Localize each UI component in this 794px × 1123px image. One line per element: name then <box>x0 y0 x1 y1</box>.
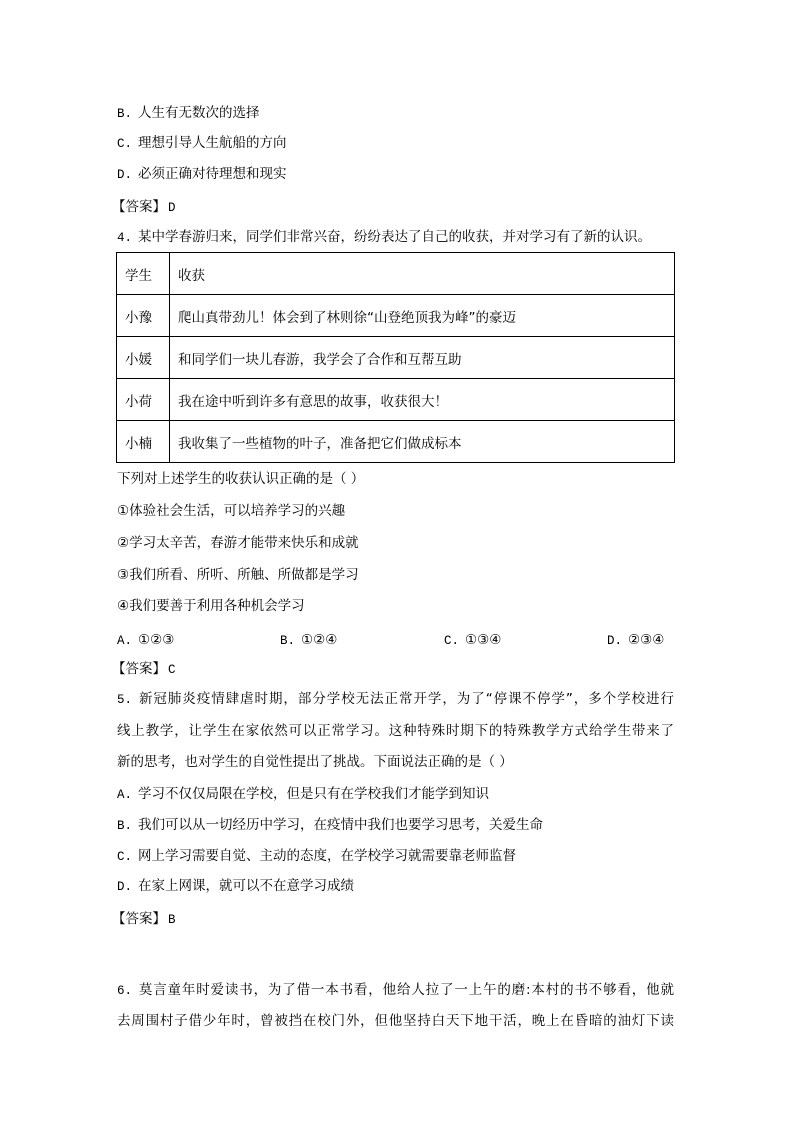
option-text: 人生有无数次的选择 <box>138 105 260 121</box>
q5-stem-line-2: 线上教学，让学生在家依然可以正常学习。这种特殊时期下的特殊教学方式给学生带来了 <box>117 722 674 740</box>
question-number: 6. <box>117 984 132 998</box>
option-label: A. <box>117 788 132 802</box>
option-text: 网上学习需要自觉、主动的态度，在学校学习就需要靠老师监督 <box>138 848 516 864</box>
option-label: B. <box>117 107 132 121</box>
q4-stem: 4.某中学春游归来，同学们非常兴奋，纷纷表达了自己的收获，并对学习有了新的认识。 <box>117 228 651 246</box>
q3-option-b: B.人生有无数次的选择 <box>117 104 260 122</box>
q4-statement-4: ④我们要善于利用各种机会学习 <box>117 597 305 615</box>
harvest-table: 学生 收获 小豫 爬山真带劲儿！体会到了林则徐“山登绝顶我为峰”的豪迈 小媛 和… <box>116 252 675 463</box>
student-name-cell: 小豫 <box>117 295 170 337</box>
q3-option-c: C.理想引导人生航船的方向 <box>117 134 287 152</box>
table-header-cell: 学生 <box>117 253 170 295</box>
q4-choice-b: B.①②④ <box>280 631 337 650</box>
answer-prefix: 【答案】 <box>112 661 166 677</box>
student-name-cell: 小荷 <box>117 379 170 421</box>
option-text: 学习不仅仅局限在学校，但是只有在学校我们才能学到知识 <box>138 786 489 802</box>
student-name-cell: 小媛 <box>117 337 170 379</box>
q6-stem-line-2: 去周围村子借少年时，曾被挡在校门外，但他坚持白天下地干活，晚上在昏暗的油灯下读 <box>117 1012 674 1030</box>
option-label: D. <box>117 880 132 894</box>
choice-text: ①②④ <box>301 632 337 648</box>
table-row: 小豫 爬山真带劲儿！体会到了林则徐“山登绝顶我为峰”的豪迈 <box>117 295 675 337</box>
table-row: 小荷 我在途中听到许多有意思的故事，收获很大！ <box>117 379 675 421</box>
harvest-cell: 和同学们一块儿春游，我学会了合作和互帮互助 <box>170 337 675 379</box>
choice-text: ②③④ <box>628 632 664 648</box>
question-text: 莫言童年时爱读书，为了借一本书看，他给人拉了一上午的磨:本村的书不够看，他就 <box>138 982 674 998</box>
answer-value: D <box>168 201 176 215</box>
q4-statement-2: ②学习太辛苦，春游才能带来快乐和成就 <box>117 534 359 552</box>
q5-option-b: B.我们可以从一切经历中学习，在疫情中我们也要学习思考，关爱生命 <box>117 816 543 834</box>
choice-label: C. <box>444 634 459 648</box>
option-text: 必须正确对待理想和现实 <box>138 166 287 182</box>
table-header-row: 学生 收获 <box>117 253 675 295</box>
table-row: 小媛 和同学们一块儿春游，我学会了合作和互帮互助 <box>117 337 675 379</box>
table-row: 小楠 我收集了一些植物的叶子，准备把它们做成标本 <box>117 421 675 463</box>
q3-answer: 【答案】D <box>112 198 176 216</box>
q5-option-c: C.网上学习需要自觉、主动的态度，在学校学习就需要靠老师监督 <box>117 847 516 865</box>
q5-answer: 【答案】B <box>112 910 176 928</box>
question-number: 5. <box>117 693 132 707</box>
option-label: D. <box>117 168 132 182</box>
answer-prefix: 【答案】 <box>112 199 166 215</box>
question-number: 4. <box>117 231 132 245</box>
harvest-cell: 我在途中听到许多有意思的故事，收获很大！ <box>170 379 675 421</box>
choice-text: ①③④ <box>465 632 501 648</box>
student-name-cell: 小楠 <box>117 421 170 463</box>
q5-option-d: D.在家上网课，就可以不在意学习成绩 <box>117 877 354 895</box>
q5-option-a: A.学习不仅仅局限在学校，但是只有在学校我们才能学到知识 <box>117 785 489 803</box>
option-label: B. <box>117 819 132 833</box>
q5-stem-line-3: 新的思考，也对学生的自觉性提出了挑战。下面说法正确的是（ ） <box>117 753 513 771</box>
q4-choice-d: D.②③④ <box>607 631 664 650</box>
choice-label: A. <box>117 634 132 648</box>
q3-option-d: D.必须正确对待理想和现实 <box>117 165 287 183</box>
question-text: 新冠肺炎疫情肆虐时期，部分学校无法正常开学，为了“停课不停学”，多个学校进行 <box>138 691 674 707</box>
choice-label: B. <box>280 634 295 648</box>
option-label: C. <box>117 137 132 151</box>
q6-stem-line-1: 6.莫言童年时爱读书，为了借一本书看，他给人拉了一上午的磨:本村的书不够看，他就 <box>117 981 674 999</box>
option-text: 我们可以从一切经历中学习，在疫情中我们也要学习思考，关爱生命 <box>138 817 543 833</box>
q5-stem-line-1: 5.新冠肺炎疫情肆虐时期，部分学校无法正常开学，为了“停课不停学”，多个学校进行 <box>117 690 674 708</box>
table-header-cell: 收获 <box>170 253 675 295</box>
option-text: 在家上网课，就可以不在意学习成绩 <box>138 878 354 894</box>
q4-choice-a: A.①②③ <box>117 631 174 650</box>
choice-label: D. <box>607 634 622 648</box>
harvest-cell: 爬山真带劲儿！体会到了林则徐“山登绝顶我为峰”的豪迈 <box>170 295 675 337</box>
harvest-cell: 我收集了一些植物的叶子，准备把它们做成标本 <box>170 421 675 463</box>
q4-answer: 【答案】C <box>112 660 176 678</box>
q4-statement-3: ③我们所看、所听、所触、所做都是学习 <box>117 566 359 584</box>
q4-question: 下列对上述学生的收获认识正确的是（ ） <box>117 470 364 488</box>
option-text: 理想引导人生航船的方向 <box>138 135 287 151</box>
answer-prefix: 【答案】 <box>112 911 166 927</box>
option-label: C. <box>117 850 132 864</box>
q4-choices: A.①②③ B.①②④ C.①③④ D.②③④ <box>117 631 677 649</box>
answer-value: C <box>168 663 176 677</box>
answer-value: B <box>168 913 176 927</box>
choice-text: ①②③ <box>138 632 174 648</box>
q4-choice-c: C.①③④ <box>444 631 501 650</box>
question-text: 某中学春游归来，同学们非常兴奋，纷纷表达了自己的收获，并对学习有了新的认识。 <box>138 229 651 245</box>
q4-statement-1: ①体验社会生活，可以培养学习的兴趣 <box>117 502 345 520</box>
